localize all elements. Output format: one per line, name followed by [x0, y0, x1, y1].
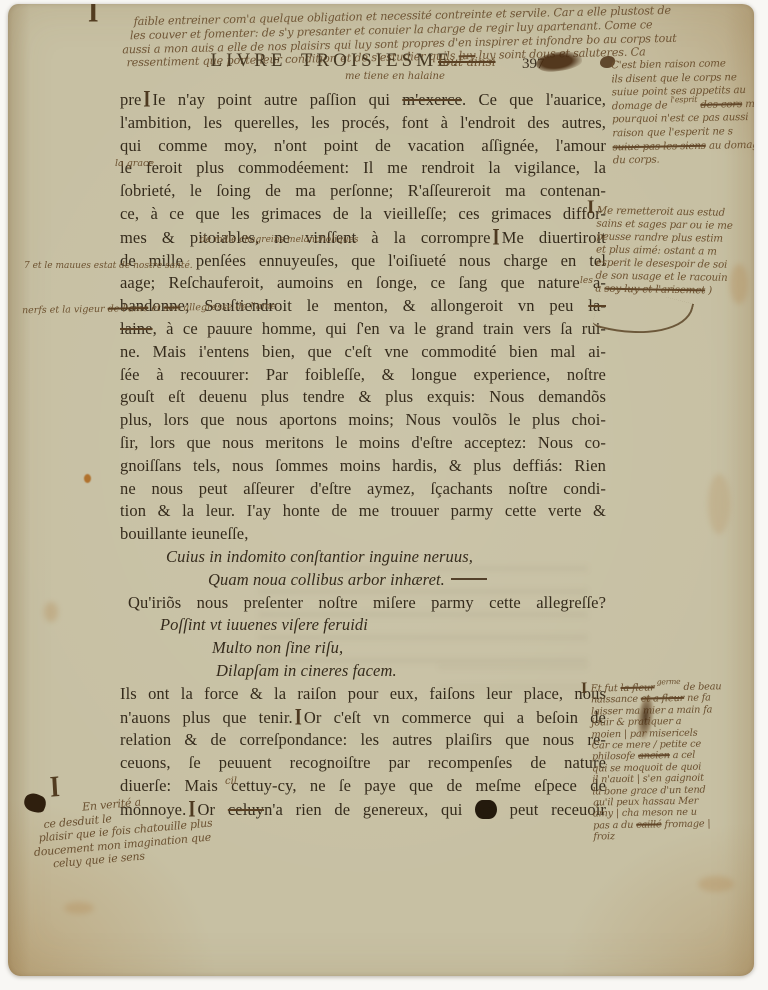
text-line: laine, à ce pauure homme, qui ſ'en va le…	[120, 318, 606, 341]
annotation-right-top: C'est bien raison comeils disent que le …	[611, 57, 754, 169]
text-line: ceuons, ſe peuuent recognoiſtre par reco…	[120, 752, 606, 775]
text-line: relation & de correſpondance: les autres…	[120, 729, 606, 752]
margin-mark-bottom-left: I	[49, 771, 61, 805]
text-line: Qu'iriõs nous preſenter noſtre miſere pa…	[120, 592, 606, 615]
margin-mark-bottom-right: I	[581, 680, 587, 698]
text-line: le feroit plus commodéement: Il me rendr…	[120, 157, 606, 180]
margin-mark-top-left: I	[88, 4, 99, 30]
paper-spot	[84, 474, 91, 483]
page-title: LIVRE TROISIESME.	[205, 50, 467, 72]
text-line: ſobrieté, le ſoing de ma perſonne; R'aſſ…	[120, 180, 606, 203]
text-line: mes & pitoiables, ne vinſſent à la corro…	[120, 226, 606, 250]
text-line: plus, lors que nous aportons moins; Nous…	[120, 409, 606, 432]
text-line: ne nous peut aſſeurer d'eſtre aymez, ſça…	[120, 478, 606, 501]
foxing-stain	[44, 602, 58, 622]
text-line: bouillante ieuneſſe,	[120, 523, 606, 546]
text-line: l'ambition, les querelles, les procés, f…	[120, 112, 606, 135]
annotation-bottom-right: Et fut la fleur germe de beaunaissance e…	[591, 680, 754, 843]
text-line: Multo non ſine riſu,	[120, 637, 606, 660]
text-line: preIIe n'ay point autre paſſion qui m'ex…	[120, 88, 606, 112]
text-line: qui comme moy, n'ont point de vacation a…	[120, 135, 606, 158]
foxing-stain	[708, 474, 730, 534]
interlinear-insert-halaine: me tiene en halaine	[345, 71, 445, 82]
text-line: Dilapſam in cineres facem.	[120, 660, 606, 683]
text-line: du corps.	[613, 152, 754, 168]
text-line: aage; Reſchauferoit, aumoins en ſonge, c…	[120, 272, 606, 295]
text-line: tion & la leur. I'ay honte de me trouuer…	[120, 500, 606, 523]
text-line: Cuius in indomito conſtantior inguine ne…	[120, 546, 606, 569]
interlinear-insert-cil: cil	[225, 776, 237, 787]
interlinear-insert-chagrins: de mille chagreins melancholiques	[200, 235, 358, 245]
text-line: Poſſint vt iuuenes viſere feruidi	[120, 614, 606, 637]
foxing-stain	[64, 902, 94, 914]
manuscript-page: faible entreiner com'a quelque obligatio…	[8, 4, 754, 976]
text-line: n'auons plus que tenir.IOr c'eſt vn comm…	[120, 706, 606, 730]
margin-mark-middle-right: I	[587, 197, 594, 219]
struck-header-note: tout ainsi	[438, 54, 496, 69]
interlinear-insert-les: les	[580, 276, 593, 286]
text-line: ne. Mais i'entens bien, que c'eſt vne co…	[120, 341, 606, 364]
scan-background: { "document": { "title": "LIVRE TROISIES…	[0, 0, 768, 990]
text-line: pourquoi n'est ce pas aussi	[612, 111, 754, 127]
text-line: Quam noua collibus arbor inhæret.	[120, 569, 606, 592]
text-line: ſée à recouurer: Par foibleſſe, & longue…	[120, 364, 606, 387]
text-line: Ils ont la force & la raiſon pour eux, f…	[120, 683, 606, 706]
text-line: ce, à ce que les grimaces de la vieilleſ…	[120, 203, 606, 226]
interlinear-insert-grace: la grace	[115, 158, 154, 169]
marginal-insert-sante: 7 et le mauues estat de nostre santé.	[24, 261, 193, 271]
text-line: ſir, lors que nous meritons le moins d'e…	[120, 432, 606, 455]
printed-text-block: preIIe n'ay point autre paſſion qui m'ex…	[120, 88, 606, 822]
foxing-stain	[698, 876, 734, 892]
text-line: gnoiſſans tels, nous ſommes moins hardis…	[120, 455, 606, 478]
text-line: gouſt eſt deuenu plus tendre & plus exqu…	[120, 386, 606, 409]
text-line: suiue pas les siens au domage	[612, 138, 754, 154]
